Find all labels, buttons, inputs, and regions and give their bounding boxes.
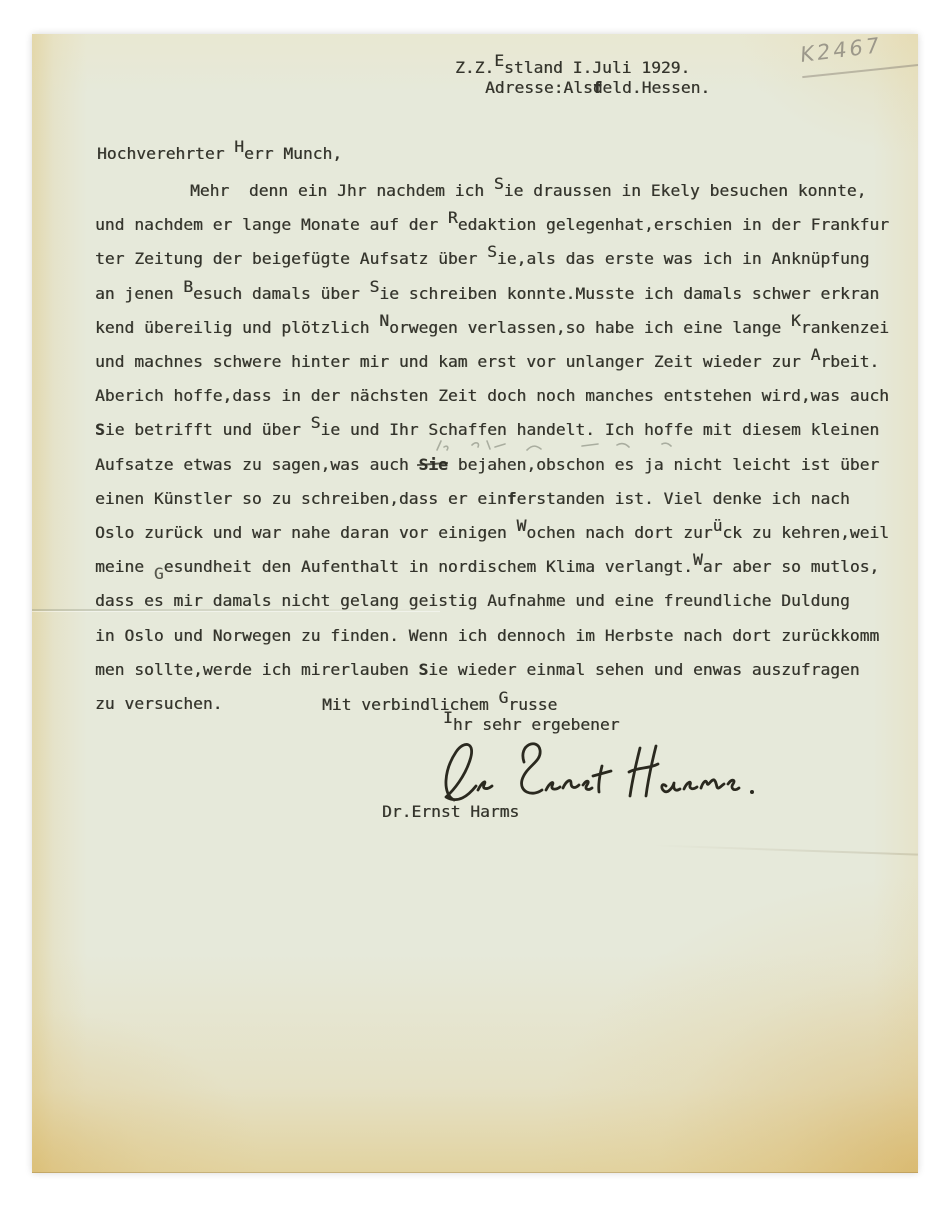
archive-number-text: K2467 bbox=[800, 34, 883, 67]
salutation: Hochverehrter Herr Munch, bbox=[97, 144, 342, 164]
archive-number-pencil: K2467 bbox=[800, 34, 883, 67]
dateline: Z.Z.Estland I.Juli 1929.Adresse:Alsdfeld… bbox=[455, 58, 710, 97]
wrinkle-crease bbox=[652, 844, 918, 855]
pencil-marks bbox=[432, 437, 732, 455]
closing: Mit verbindlichem GrusseIhr sehr ergeben… bbox=[322, 695, 619, 735]
pencil-underline bbox=[802, 64, 918, 78]
letter-paper: K2467 Z.Z.Estland I.Juli 1929.Adresse:Al… bbox=[32, 34, 918, 1173]
scan-background: K2467 Z.Z.Estland I.Juli 1929.Adresse:Al… bbox=[0, 0, 950, 1217]
typed-name: Dr.Ernst Harms bbox=[382, 802, 519, 821]
